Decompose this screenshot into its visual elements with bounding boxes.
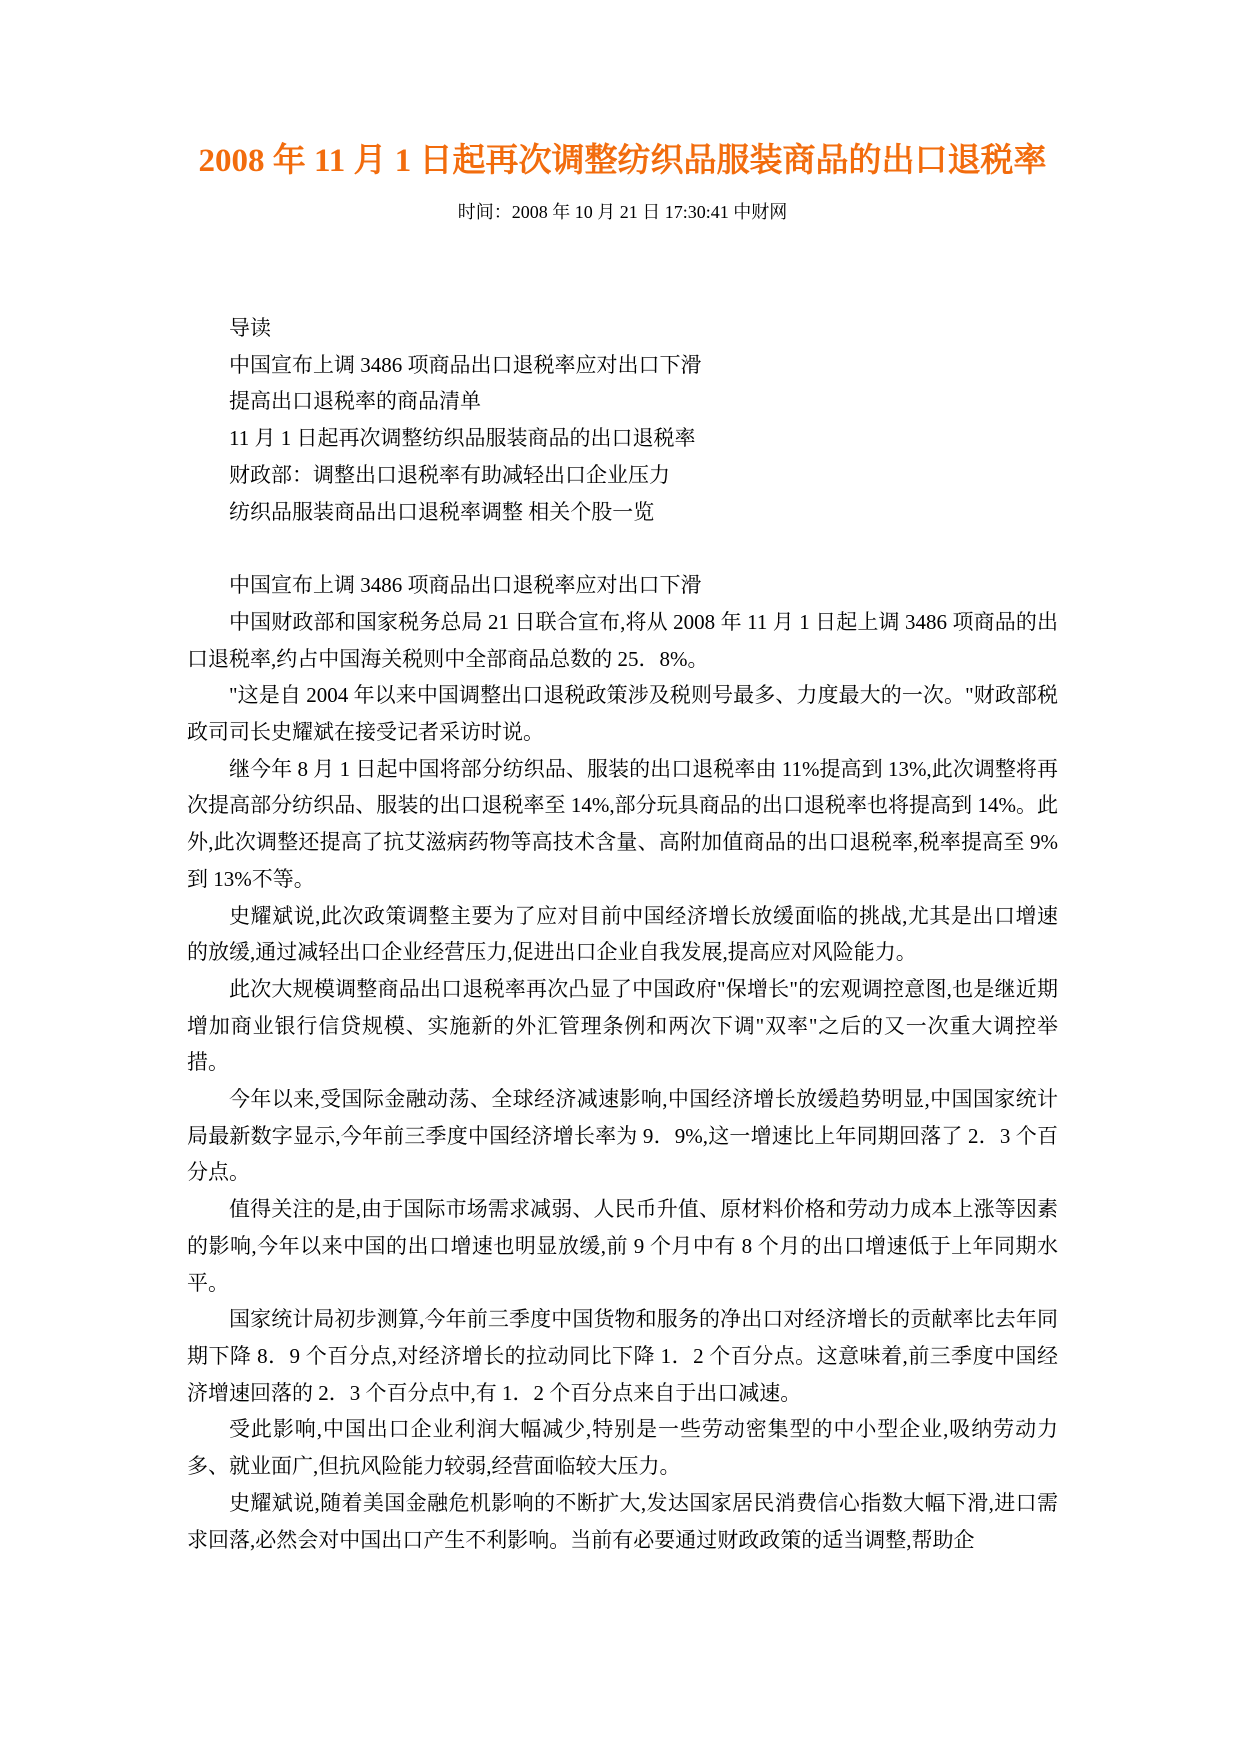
digest-heading: 导读 xyxy=(187,310,1058,347)
article-meta-line: 时间：2008 年 10 月 21 日 17:30:41 中财网 xyxy=(187,201,1058,224)
document-content: 2008 年 11 月 1 日起再次调整纺织品服装商品的出口退税率 时间：200… xyxy=(0,0,1241,1558)
digest-item: 纺织品服装商品出口退税率调整 相关个股一览 xyxy=(187,494,1058,531)
article-paragraph: 值得关注的是,由于国际市场需求减弱、人民币升值、原材料价格和劳动力成本上涨等因素… xyxy=(187,1191,1058,1301)
article-paragraph: 继今年 8 月 1 日起中国将部分纺织品、服装的出口退税率由 11%提高到 13… xyxy=(187,751,1058,898)
article-paragraph: "这是自 2004 年以来中国调整出口退税政策涉及税则号最多、力度最大的一次。"… xyxy=(187,677,1058,750)
article-paragraph: 史耀斌说,此次政策调整主要为了应对目前中国经济增长放缓面临的挑战,尤其是出口增速… xyxy=(187,898,1058,971)
digest-item: 财政部：调整出口退税率有助减轻出口企业压力 xyxy=(187,457,1058,494)
article-title: 2008 年 11 月 1 日起再次调整纺织品服装商品的出口退税率 xyxy=(159,141,1086,182)
article-paragraph: 今年以来,受国际金融动荡、全球经济减速影响,中国经济增长放缓趋势明显,中国国家统… xyxy=(187,1081,1058,1191)
article-body: 中国宣布上调 3486 项商品出口退税率应对出口下滑 中国财政部和国家税务总局 … xyxy=(187,567,1058,1558)
digest-section: 导读 中国宣布上调 3486 项商品出口退税率应对出口下滑 提高出口退税率的商品… xyxy=(187,310,1058,530)
digest-item: 中国宣布上调 3486 项商品出口退税率应对出口下滑 xyxy=(187,347,1058,384)
article-paragraph: 史耀斌说,随着美国金融危机影响的不断扩大,发达国家居民消费信心指数大幅下滑,进口… xyxy=(187,1485,1058,1558)
article-paragraph: 受此影响,中国出口企业利润大幅减少,特别是一些劳动密集型的中小型企业,吸纳劳动力… xyxy=(187,1411,1058,1484)
article-paragraph: 此次大规模调整商品出口退税率再次凸显了中国政府"保增长"的宏观调控意图,也是继近… xyxy=(187,971,1058,1081)
document-page: 2008 年 11 月 1 日起再次调整纺织品服装商品的出口退税率 时间：200… xyxy=(0,0,1241,1754)
digest-item: 11 月 1 日起再次调整纺织品服装商品的出口退税率 xyxy=(187,420,1058,457)
article-paragraph: 国家统计局初步测算,今年前三季度中国货物和服务的净出口对经济增长的贡献率比去年同… xyxy=(187,1301,1058,1411)
article-subheading: 中国宣布上调 3486 项商品出口退税率应对出口下滑 xyxy=(187,567,1058,604)
digest-item: 提高出口退税率的商品清单 xyxy=(187,383,1058,420)
article-paragraph: 中国财政部和国家税务总局 21 日联合宣布,将从 2008 年 11 月 1 日… xyxy=(187,604,1058,677)
section-divider-gap xyxy=(187,530,1058,567)
